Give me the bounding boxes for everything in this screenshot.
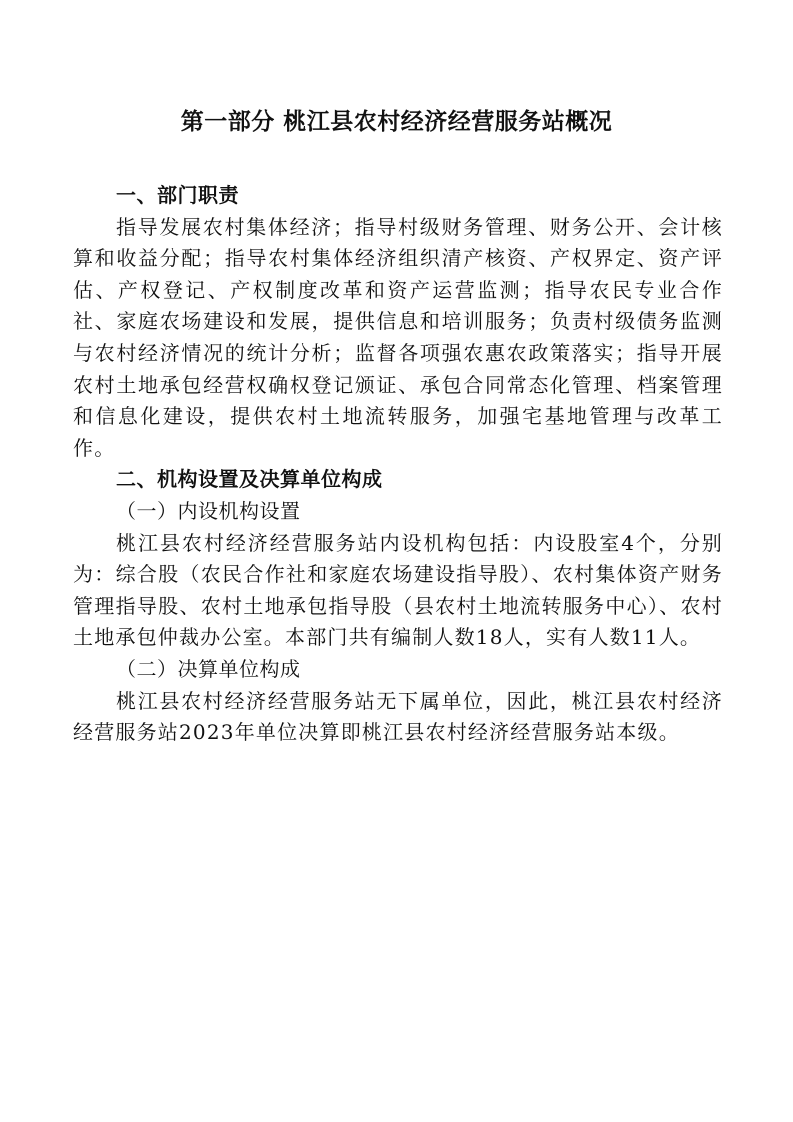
budget-units-paragraph: 桃江县农村经济经营服务站无下属单位，因此，桃江县农村经济经营服务站2023年单位…: [73, 686, 723, 749]
document-body: 一、部门职责 指导发展农村集体经济；指导村级财务管理、财务公开、会计核算和收益分…: [73, 180, 723, 749]
section-heading-duties: 一、部门职责: [73, 180, 723, 212]
document-page: 第一部分 桃江县农村经济经营服务站概况 一、部门职责 指导发展农村集体经济；指导…: [0, 0, 793, 1122]
duties-paragraph: 指导发展农村集体经济；指导村级财务管理、财务公开、会计核算和收益分配；指导农村集…: [73, 212, 723, 465]
section-heading-organization: 二、机构设置及决算单位构成: [73, 464, 723, 496]
internal-structure-paragraph: 桃江县农村经济经营服务站内设机构包括：内设股室4个，分别为：综合股（农民合作社和…: [73, 528, 723, 654]
subsection-heading-budget-units: （二）决算单位构成: [73, 654, 723, 686]
page-title: 第一部分 桃江县农村经济经营服务站概况: [0, 107, 793, 137]
subsection-heading-internal-structure: （一）内设机构设置: [73, 496, 723, 528]
